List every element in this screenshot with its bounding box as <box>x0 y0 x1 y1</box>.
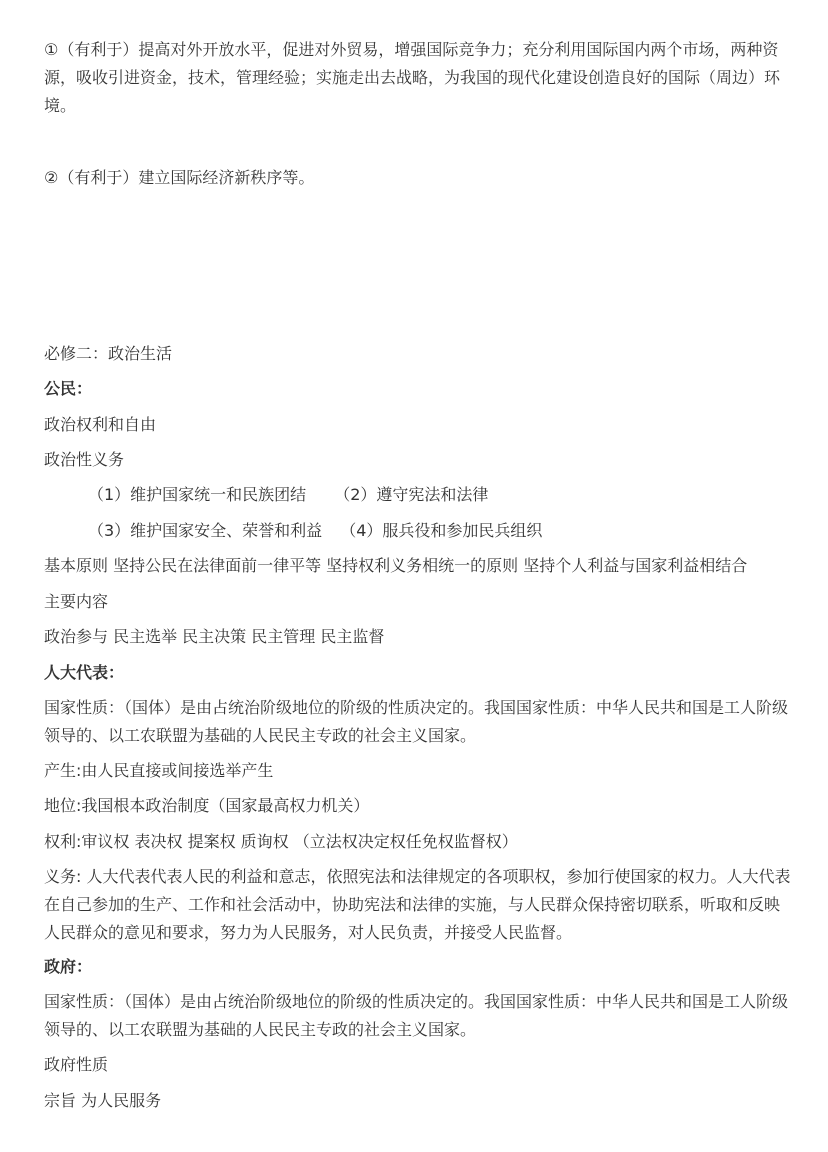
section-title: 必修二：政治生活 <box>44 340 794 368</box>
duty-item-4: （4）服兵役和参加民兵组织 <box>340 521 542 540</box>
npc-status: 地位:我国根本政治制度（国家最高权力机关） <box>44 792 794 820</box>
intro-item-1: ①（有利于）提高对外开放水平，促进对外贸易，增强国际竞争力；充分利用国际国内两个… <box>44 36 794 120</box>
npc-heading: 人大代表： <box>44 659 794 687</box>
government-state-nature: 国家性质：（国体）是由占统治阶级地位的阶级的性质决定的。我国国家性质：中华人民共… <box>44 988 794 1044</box>
npc-powers: 权利:审议权 表决权 提案权 质询权 （立法权决定权任免权监督权） <box>44 828 794 856</box>
citizen-principles: 基本原则 坚持公民在法律面前一律平等 坚持权利义务相统一的原则 坚持个人利益与国… <box>44 552 794 580</box>
duty-item-2: （2）遵守宪法和法律 <box>334 485 488 504</box>
duty-row-2: （3）维护国家安全、荣誉和利益（4）服兵役和参加民兵组织 <box>88 517 828 545</box>
duty-row-1: （1）维护国家统一和民族团结（2）遵守宪法和法律 <box>88 481 828 509</box>
citizen-duties: 政治性义务 <box>44 446 794 474</box>
government-purpose: 宗旨 为人民服务 <box>44 1087 794 1115</box>
government-heading: 政府： <box>44 953 794 981</box>
citizen-rights: 政治权利和自由 <box>44 411 794 439</box>
duty-item-1: （1）维护国家统一和民族团结 <box>88 485 306 504</box>
citizen-participation: 政治参与 民主选举 民主决策 民主管理 民主监督 <box>44 623 794 651</box>
npc-obligations: 义务: 人大代表代表人民的利益和意志，依照宪法和法律规定的各项职权，参加行使国家… <box>44 863 794 947</box>
npc-origin: 产生:由人民直接或间接选举产生 <box>44 757 794 785</box>
citizen-main-content: 主要内容 <box>44 588 794 616</box>
government-nature: 政府性质 <box>44 1051 794 1079</box>
npc-nature: 国家性质：（国体）是由占统治阶级地位的阶级的性质决定的。我国国家性质：中华人民共… <box>44 694 794 750</box>
intro-item-2: ②（有利于）建立国际经济新秩序等。 <box>44 164 794 192</box>
duty-item-3: （3）维护国家安全、荣誉和利益 <box>88 521 322 540</box>
citizen-heading: 公民： <box>44 375 794 403</box>
